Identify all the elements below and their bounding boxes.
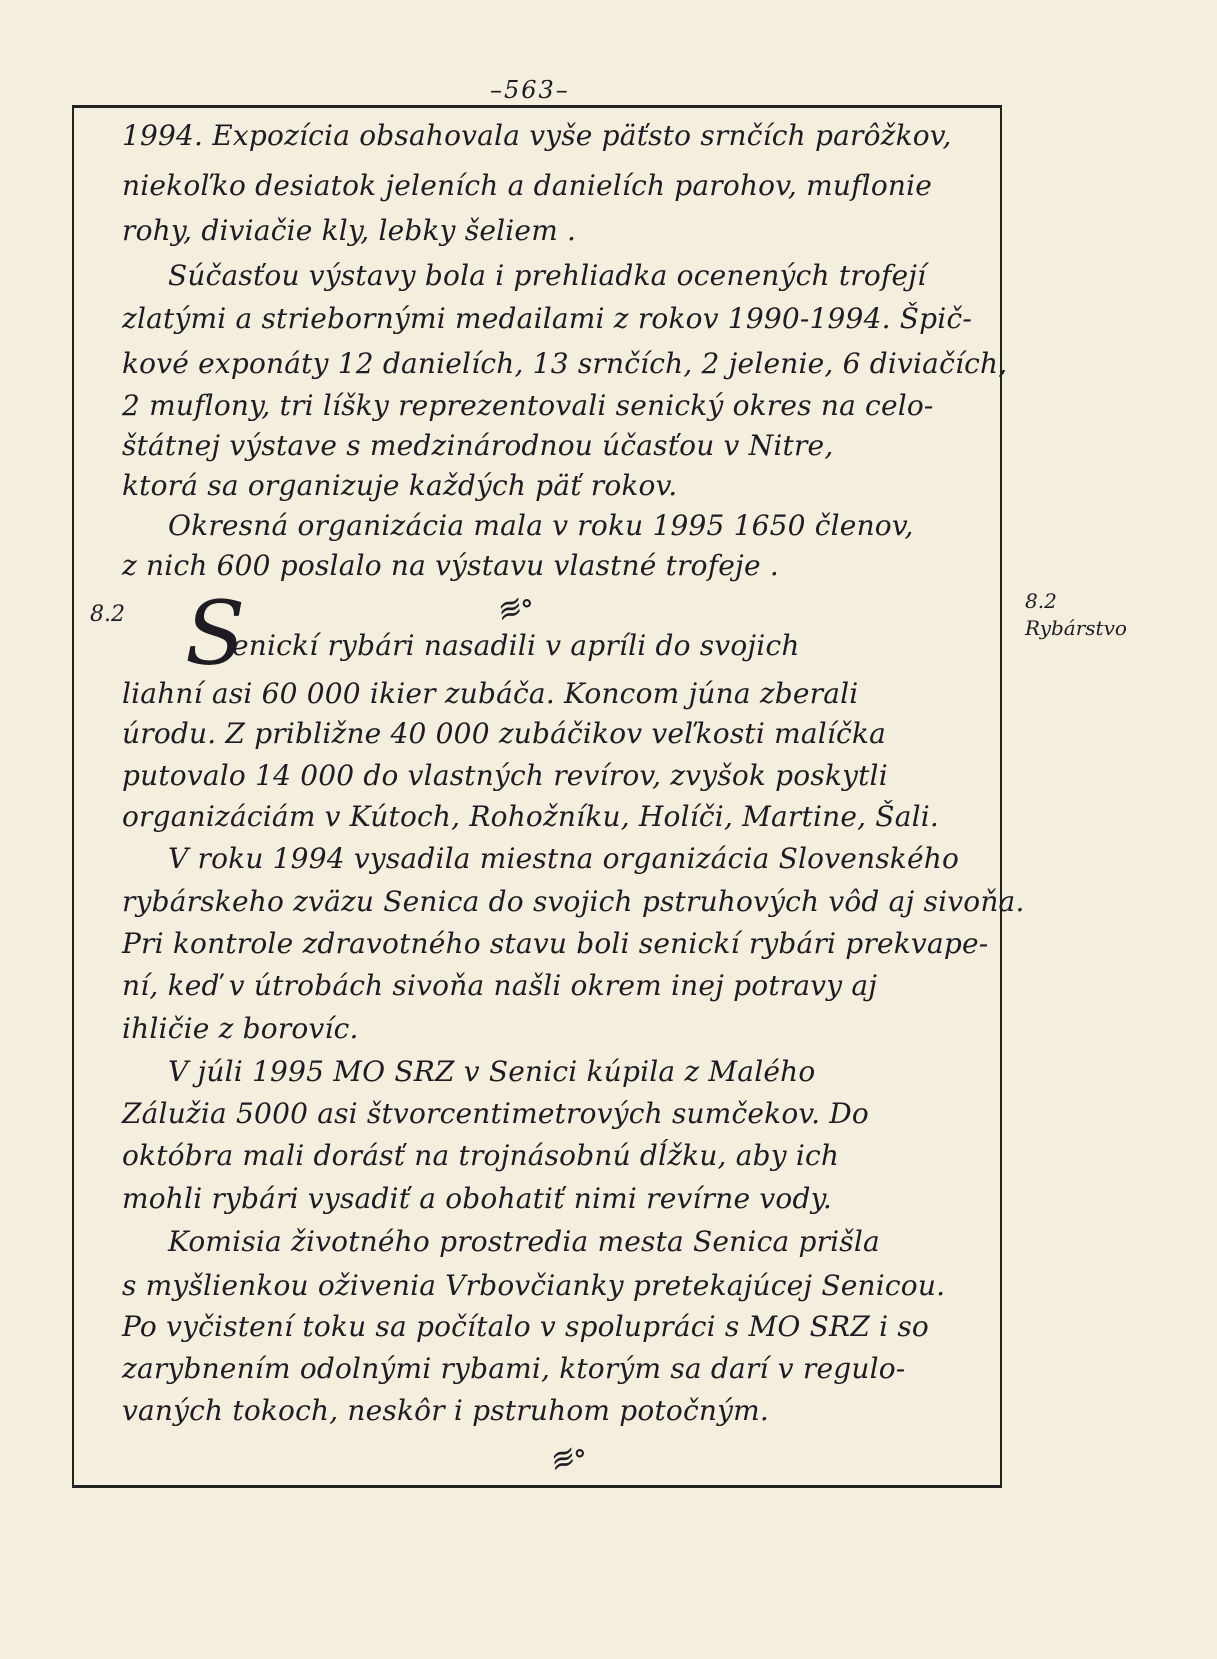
text-line: zlatými a striebornými medailami z rokov… — [122, 305, 972, 333]
text-line: z nich 600 poslalo na výstavu vlastné tr… — [122, 552, 779, 580]
text-line: vaných tokoch, neskôr i pstruhom potočný… — [122, 1397, 769, 1425]
text-line: októbra mali dorásť na trojnásobnú dĺžku… — [122, 1142, 839, 1170]
text-line: štátnej výstave s medzinárodnou účasťou … — [122, 432, 833, 460]
text-line: Súčasťou výstavy bola i prehliadka ocene… — [168, 262, 926, 290]
text-line: V roku 1994 vysadila miestna organizácia… — [168, 845, 959, 873]
text-line: putovalo 14 000 do vlastných revírov, zv… — [122, 762, 888, 790]
text-line: V júli 1995 MO SRZ v Senici kúpila z Mal… — [168, 1058, 815, 1086]
text-line: Pri kontrole zdravotného stavu boli seni… — [122, 930, 988, 958]
text-line: rohy, diviačie kly, lebky šeliem . — [122, 217, 576, 245]
text-line: mohli rybári vysadiť a obohatiť nimi rev… — [122, 1185, 832, 1213]
text-line: zarybnením odolnými rybami, ktorým sa da… — [122, 1355, 905, 1383]
text-line: ihličie z borovíc. — [122, 1015, 359, 1043]
section-heading-margin: 8.2 Rybárstvo — [1025, 588, 1127, 642]
text-line: rybárskeho zväzu Senica do svojich pstru… — [122, 888, 1025, 916]
text-line: úrodu. Z približne 40 000 zubáčikov veľk… — [122, 720, 886, 748]
text-line: s myšlienkou oživenia Vrbovčianky pretek… — [122, 1272, 945, 1300]
section-number-left: 8.2 — [90, 602, 125, 627]
text-line: Zálužia 5000 asi štvorcentimetrových sum… — [122, 1100, 869, 1128]
bleed-through-decoration — [1015, 140, 1205, 260]
text-line: Okresná organizácia mala v roku 1995 165… — [168, 512, 914, 540]
text-line: 2 muflony, tri líšky reprezentovali seni… — [122, 392, 934, 420]
section-title: Rybárstvo — [1025, 615, 1127, 642]
page-number: –563– — [490, 76, 570, 104]
text-line: organizáciám v Kútoch, Rohožníku, Holíči… — [122, 803, 939, 831]
text-line: niekoľko desiatok jeleních a danielích p… — [122, 172, 932, 200]
text-line: ní, keď v útrobách sivoňa našli okrem in… — [122, 972, 877, 1000]
text-line: Komisia životného prostredia mesta Senic… — [168, 1228, 880, 1256]
text-line: kové exponáty 12 danielích, 13 srnčích, … — [122, 350, 1007, 378]
text-line: enickí rybári nasadili v apríli do svoji… — [232, 632, 800, 660]
text-line: 1994. Expozícia obsahovala vyše päťsto s… — [122, 122, 952, 150]
text-line: ktorá sa organizuje každých päť rokov. — [122, 472, 677, 500]
text-line: liahní asi 60 000 ikier zubáča. Koncom j… — [122, 680, 858, 708]
text-line: Po vyčistení toku sa počítalo v spoluprá… — [122, 1313, 929, 1341]
section-number-right: 8.2 — [1025, 588, 1127, 615]
